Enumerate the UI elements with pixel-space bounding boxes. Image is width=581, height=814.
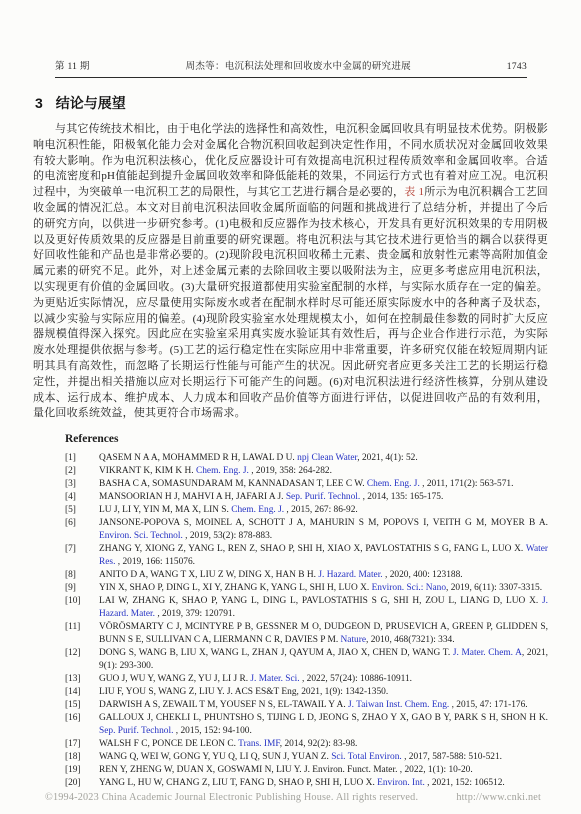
reference-text: YANG L, HU W, CHANG Z, LIU T, FANG D, SH… bbox=[99, 777, 548, 790]
running-head: 第 11 期 周杰等：电沉积法处理和回收废水中金属的研究进展 1743 bbox=[55, 58, 527, 78]
reference-segment: BASHA C A, SOMASUNDARAM M, KANNADASAN T,… bbox=[99, 479, 367, 489]
reference-item: [9]YIN X, SHAO P, DING L, XI Y, ZHANG K,… bbox=[65, 582, 548, 595]
reference-number: [5] bbox=[65, 504, 99, 517]
reference-segment: , 2021, 4(1): 52. bbox=[357, 453, 417, 463]
reference-segment: ANITO D A, WANG T X, LIU Z W, DING X, HA… bbox=[99, 570, 318, 580]
reference-number: [20] bbox=[65, 777, 99, 790]
header-page-number: 1743 bbox=[507, 62, 527, 72]
reference-item: [16]GALLOUX J, CHEKLI L, PHUNTSHO S, TIJ… bbox=[65, 712, 548, 738]
reference-number: [6] bbox=[65, 517, 99, 530]
reference-item: [6]JANSONE-POPOVA S, MOINEL A, SCHOTT J … bbox=[65, 517, 548, 543]
reference-text: ZHANG Y, XIONG Z, YANG L, REN Z, SHAO P,… bbox=[99, 543, 548, 569]
journal-link[interactable]: Environ. Int. bbox=[377, 778, 425, 788]
reference-text: QASEM N A A, MOHAMMED R H, LAWAL D U. np… bbox=[99, 452, 548, 465]
reference-text: ANITO D A, WANG T X, LIU Z W, DING X, HA… bbox=[99, 569, 548, 582]
journal-link[interactable]: J. Mater. Chem. A bbox=[453, 648, 522, 658]
reference-item: [7]ZHANG Y, XIONG Z, YANG L, REN Z, SHAO… bbox=[65, 543, 548, 569]
reference-number: [3] bbox=[65, 478, 99, 491]
footer-copyright: ©1994-2023 China Academic Journal Electr… bbox=[45, 792, 418, 803]
journal-link[interactable]: Sci. Total Environ. bbox=[331, 752, 402, 762]
reference-number: [19] bbox=[65, 764, 99, 777]
reference-text: JANSONE-POPOVA S, MOINEL A, SCHOTT J A, … bbox=[99, 517, 548, 543]
reference-segment: , 2010, 468(7321): 334. bbox=[366, 635, 455, 645]
reference-item: [14]LIU F, YOU S, WANG Z, LIU Y. J. ACS … bbox=[65, 686, 548, 699]
reference-segment: YANG L, HU W, CHANG Z, LIU T, FANG D, SH… bbox=[99, 778, 377, 788]
reference-segment: , 2017, 587-588: 510-521. bbox=[402, 752, 502, 762]
reference-segment: LAI W, ZHANG K, SHAO P, YANG L, DING L, … bbox=[99, 596, 542, 606]
reference-text: REN Y, ZHENG W, DUAN X, GOSWAMI N, LIU Y… bbox=[99, 764, 548, 777]
reference-item: [1]QASEM N A A, MOHAMMED R H, LAWAL D U.… bbox=[65, 452, 548, 465]
reference-text: LAI W, ZHANG K, SHAO P, YANG L, DING L, … bbox=[99, 595, 548, 621]
reference-item: [18]WANG Q, WEI W, GONG Y, YU Q, LI Q, S… bbox=[65, 751, 548, 764]
reference-item: [4]MANSOORIAN H J, MAHVI A H, JAFARI A J… bbox=[65, 491, 548, 504]
reference-number: [9] bbox=[65, 582, 99, 595]
reference-number: [10] bbox=[65, 595, 99, 608]
reference-segment: WALSH F C, PONCE DE LEON C. bbox=[99, 739, 238, 749]
reference-segment: , 2019, 166: 115076. bbox=[115, 557, 195, 567]
reference-number: [18] bbox=[65, 751, 99, 764]
reference-item: [19]REN Y, ZHENG W, DUAN X, GOSWAMI N, L… bbox=[65, 764, 548, 777]
reference-number: [1] bbox=[65, 452, 99, 465]
reference-segment: VÖRÖSMARTY C J, MCINTYRE P B, GESSNER M … bbox=[99, 622, 548, 645]
journal-link[interactable]: Environ. Sci. Technol. bbox=[99, 531, 183, 541]
reference-text: VÖRÖSMARTY C J, MCINTYRE P B, GESSNER M … bbox=[99, 621, 548, 647]
reference-item: [17]WALSH F C, PONCE DE LEON C. Trans. I… bbox=[65, 738, 548, 751]
reference-item: [13]GUO J, WU Y, WANG Z, YU J, LI J R. J… bbox=[65, 673, 548, 686]
reference-number: [16] bbox=[65, 712, 99, 725]
reference-segment: DARWISH A S, ZEWAIL T M, YOUSEF N S, EL-… bbox=[99, 700, 348, 710]
reference-number: [12] bbox=[65, 647, 99, 660]
reference-segment: , 2019, 358: 264-282. bbox=[249, 466, 332, 476]
reference-text: GALLOUX J, CHEKLI L, PHUNTSHO S, TIJING … bbox=[99, 712, 548, 738]
journal-link[interactable]: Chem. Eng. J. bbox=[196, 466, 249, 476]
reference-item: [5]LU J, LI Y, YIN M, MA X, LIN S. Chem.… bbox=[65, 504, 548, 517]
section-number: 3 bbox=[35, 95, 43, 111]
reference-segment: , 2022, 57(24): 10886-10911. bbox=[300, 674, 412, 684]
reference-segment: , 2014, 135: 165-175. bbox=[360, 492, 443, 502]
journal-link[interactable]: npj Clean Water bbox=[297, 453, 357, 463]
reference-segment: DONG S, WANG B, LIU X, WANG L, ZHAN J, Q… bbox=[99, 648, 453, 658]
reference-segment: LIU F, YOU S, WANG Z, LIU Y. J. ACS ES&T… bbox=[99, 687, 388, 697]
journal-link[interactable]: Chem. Eng. J. bbox=[231, 505, 284, 515]
reference-segment: , 2019, 379: 120791. bbox=[155, 609, 235, 619]
references-heading: References bbox=[65, 433, 548, 445]
header-issue: 第 11 期 bbox=[55, 58, 90, 72]
scanned-paper-page: 第 11 期 周杰等：电沉积法处理和回收废水中金属的研究进展 1743 3结论与… bbox=[0, 0, 581, 814]
page-footer: ©1994-2023 China Academic Journal Electr… bbox=[45, 792, 541, 803]
reference-segment: YIN X, SHAO P, DING L, XI Y, ZHANG K, YA… bbox=[99, 583, 372, 593]
journal-link[interactable]: J. Mater. Sci. bbox=[250, 674, 299, 684]
journal-link[interactable]: Sep. Purif. Technol. bbox=[286, 492, 360, 502]
reference-segment: WANG Q, WEI W, GONG Y, YU Q, LI Q, SUN J… bbox=[99, 752, 331, 762]
reference-text: DARWISH A S, ZEWAIL T M, YOUSEF N S, EL-… bbox=[99, 699, 548, 712]
reference-segment: GUO J, WU Y, WANG Z, YU J, LI J R. bbox=[99, 674, 250, 684]
reference-segment: , 2015, 47: 171-176. bbox=[449, 700, 527, 710]
reference-item: [12]DONG S, WANG B, LIU X, WANG L, ZHAN … bbox=[65, 647, 548, 673]
reference-text: GUO J, WU Y, WANG Z, YU J, LI J R. J. Ma… bbox=[99, 673, 548, 686]
reference-segment: , 2020, 400: 123188. bbox=[383, 570, 463, 580]
reference-segment: GALLOUX J, CHEKLI L, PHUNTSHO S, TIJING … bbox=[99, 713, 548, 723]
journal-link[interactable]: Chem. Eng. J. bbox=[367, 479, 420, 489]
footer-url: http://www.cnki.net bbox=[456, 792, 541, 803]
references-section: References [1]QASEM N A A, MOHAMMED R H,… bbox=[65, 433, 548, 790]
header-running-title: 周杰等：电沉积法处理和回收废水中金属的研究进展 bbox=[90, 58, 507, 72]
reference-number: [2] bbox=[65, 465, 99, 478]
references-list: [1]QASEM N A A, MOHAMMED R H, LAWAL D U.… bbox=[65, 452, 548, 790]
journal-link[interactable]: J. Taiwan Inst. Chem. Eng. bbox=[348, 700, 449, 710]
reference-segment: , 2021, 152: 106512. bbox=[425, 778, 505, 788]
reference-segment: VIKRANT K, KIM K H. bbox=[99, 466, 196, 476]
journal-link[interactable]: Nature bbox=[341, 635, 367, 645]
reference-number: [17] bbox=[65, 738, 99, 751]
section-heading: 3结论与展望 bbox=[35, 93, 548, 113]
reference-number: [11] bbox=[65, 621, 99, 634]
journal-link[interactable]: Environ. Sci.: Nano bbox=[372, 583, 446, 593]
reference-number: [15] bbox=[65, 699, 99, 712]
reference-text: MANSOORIAN H J, MAHVI A H, JAFARI A J. S… bbox=[99, 491, 548, 504]
reference-number: [13] bbox=[65, 673, 99, 686]
reference-number: [4] bbox=[65, 491, 99, 504]
reference-segment: ZHANG Y, XIONG Z, YANG L, REN Z, SHAO P,… bbox=[99, 544, 526, 554]
reference-text: YIN X, SHAO P, DING L, XI Y, ZHANG K, YA… bbox=[99, 582, 548, 595]
reference-text: LIU F, YOU S, WANG Z, LIU Y. J. ACS ES&T… bbox=[99, 686, 548, 699]
reference-segment: , 2019, 53(2): 878-883. bbox=[183, 531, 272, 541]
reference-segment: JANSONE-POPOVA S, MOINEL A, SCHOTT J A, … bbox=[99, 518, 548, 528]
reference-text: WALSH F C, PONCE DE LEON C. Trans. IMF, … bbox=[99, 738, 548, 751]
reference-text: VIKRANT K, KIM K H. Chem. Eng. J. , 2019… bbox=[99, 465, 548, 478]
reference-item: [8]ANITO D A, WANG T X, LIU Z W, DING X,… bbox=[65, 569, 548, 582]
section-title: 结论与展望 bbox=[56, 95, 126, 111]
reference-text: WANG Q, WEI W, GONG Y, YU Q, LI Q, SUN J… bbox=[99, 751, 548, 764]
reference-segment: REN Y, ZHENG W, DUAN X, GOSWAMI N, LIU Y… bbox=[99, 765, 473, 775]
journal-link[interactable]: Trans. IMF bbox=[238, 739, 280, 749]
reference-text: LU J, LI Y, YIN M, MA X, LIN S. Chem. En… bbox=[99, 504, 548, 517]
table-1-link[interactable]: 表 1 bbox=[404, 186, 424, 198]
reference-item: [20]YANG L, HU W, CHANG Z, LIU T, FANG D… bbox=[65, 777, 548, 790]
reference-number: [14] bbox=[65, 686, 99, 699]
reference-text: DONG S, WANG B, LIU X, WANG L, ZHAN J, Q… bbox=[99, 647, 548, 673]
reference-segment: QASEM N A A, MOHAMMED R H, LAWAL D U. bbox=[99, 453, 297, 463]
reference-item: [15]DARWISH A S, ZEWAIL T M, YOUSEF N S,… bbox=[65, 699, 548, 712]
reference-segment: , 2014, 92(2): 83-98. bbox=[280, 739, 358, 749]
reference-segment: , 2015, 267: 86-92. bbox=[284, 505, 358, 515]
paragraph-text-after: 所示为电沉积耦合工艺回收金属的情况汇总。本文对目前电沉积法回收金属所面临的问题和… bbox=[33, 186, 548, 419]
reference-item: [11]VÖRÖSMARTY C J, MCINTYRE P B, GESSNE… bbox=[65, 621, 548, 647]
reference-item: [3]BASHA C A, SOMASUNDARAM M, KANNADASAN… bbox=[65, 478, 548, 491]
reference-segment: , 2015, 152: 94-100. bbox=[173, 726, 251, 736]
reference-segment: MANSOORIAN H J, MAHVI A H, JAFARI A J. bbox=[99, 492, 286, 502]
reference-number: [8] bbox=[65, 569, 99, 582]
journal-link[interactable]: J. Hazard. Mater. bbox=[318, 570, 382, 580]
reference-number: [7] bbox=[65, 543, 99, 556]
reference-segment: LU J, LI Y, YIN M, MA X, LIN S. bbox=[99, 505, 231, 515]
journal-link[interactable]: Sep. Purif. Technol. bbox=[99, 726, 173, 736]
conclusion-paragraph: 与其它传统技术相比，由于电化学法的选择性和高效性，电沉积金属回收具有明显技术优势… bbox=[33, 122, 548, 422]
reference-text: BASHA C A, SOMASUNDARAM M, KANNADASAN T,… bbox=[99, 478, 548, 491]
reference-item: [2]VIKRANT K, KIM K H. Chem. Eng. J. , 2… bbox=[65, 465, 548, 478]
reference-segment: , 2011, 171(2): 563-571. bbox=[420, 479, 514, 489]
reference-item: [10]LAI W, ZHANG K, SHAO P, YANG L, DING… bbox=[65, 595, 548, 621]
reference-segment: , 2019, 6(11): 3307-3315. bbox=[446, 583, 542, 593]
